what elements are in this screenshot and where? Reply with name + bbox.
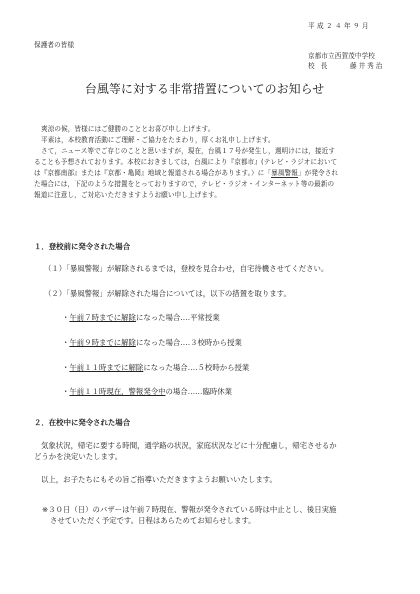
bullet-item: ・午前１１時現在，警報発令中の場合‥‥‥臨時休業 bbox=[62, 387, 232, 397]
note-line-1: ※３０日（日）のバザーは午前７時現在、警報が発令されている時は中止とし、後日実施 bbox=[42, 505, 336, 515]
section-2-heading: ２．在校中に発令された場合 bbox=[34, 418, 130, 428]
school-name: 京都市立西賀茂中学校 bbox=[308, 52, 375, 61]
bullet-item: ・午前７時までに解除になった場合‥‥平常授業 bbox=[62, 313, 220, 323]
bullet-underlined: 午前７時までに解除 bbox=[69, 313, 136, 322]
section-2-para-1-line-2: どうかを決定いたします。 bbox=[34, 452, 122, 462]
intro-line-5: は『京都南部』または『京都・亀岡』地域と報道される場合があります。）に「暴風警報… bbox=[34, 169, 338, 178]
section-1-heading: １．登校前に発令された場合 bbox=[34, 242, 130, 252]
intro-line-1: 爽涼の候，皆様にはご健勝のこととお喜び申し上げます。 bbox=[41, 125, 215, 134]
section-1-item-2: （２）「暴風警報」が解除された場合については，以下の措置を取ります。 bbox=[44, 289, 291, 299]
bullet-underlined: 午前１１時までに解除 bbox=[69, 363, 143, 372]
principal-name: 藤井秀治 bbox=[350, 62, 384, 71]
bullet-item: ・午前１１時までに解除になった場合‥‥５校時から授業 bbox=[62, 363, 249, 373]
section-1-item-1: （１）「暴風警報」が解除されるまでは，登校を見合わせ，自宅待機させてください。 bbox=[44, 264, 328, 274]
bullet-item: ・午前９時までに解除になった場合‥‥３校時から授業 bbox=[62, 338, 242, 348]
principal-title: 校 長 bbox=[308, 62, 329, 71]
note-line-2: させていただく予定です。日程はあらためてお知らせします。 bbox=[50, 516, 256, 526]
intro-line-7: 報道に注意し，ご対応いただきますようお願い申し上げます。 bbox=[34, 191, 221, 200]
intro-line-3: さて，ニュース等でご存じのことと思いますが，現在，台風１７号が発生し，週明けには… bbox=[41, 147, 335, 156]
bullet-underlined: 午前９時までに解除 bbox=[69, 338, 136, 347]
page-title: 台風等に対する非常措置についてのお知らせ bbox=[85, 82, 324, 97]
intro-line-5a: は『京都南部』または『京都・亀岡』地域と報道される場合があります。）に「 bbox=[34, 169, 271, 177]
intro-line-6: た場合には，下記のような措置をとっておりますので，テレビ・ラジオ・インターネット… bbox=[34, 180, 334, 189]
recipient: 保護者の皆様 bbox=[34, 41, 74, 50]
bullet-underlined: 午前１１時現在，警報発令中 bbox=[69, 387, 165, 396]
intro-line-5c: 」が発令され bbox=[298, 169, 338, 177]
storm-warning-highlight: 暴風警報 bbox=[271, 169, 298, 178]
section-2-para-2: 以上，お子たちにもその旨ご指導いただきますようお願いいたします。 bbox=[41, 475, 277, 485]
document-date: 平成２４年９月 bbox=[308, 22, 371, 31]
intro-line-2: 平素は，本校教育活動にご理解・ご協力をたまわり，厚くお礼申し上げます。 bbox=[41, 136, 275, 145]
intro-line-4: ることも予想されております。本校におきましては，台風により『京都市』(テレビ・ラ… bbox=[34, 158, 337, 167]
section-2-para-1-line-1: 気象状況，帰宅に要する時間，通学路の状況，家庭状況などに十分配慮し，帰宅させるか bbox=[41, 441, 337, 451]
